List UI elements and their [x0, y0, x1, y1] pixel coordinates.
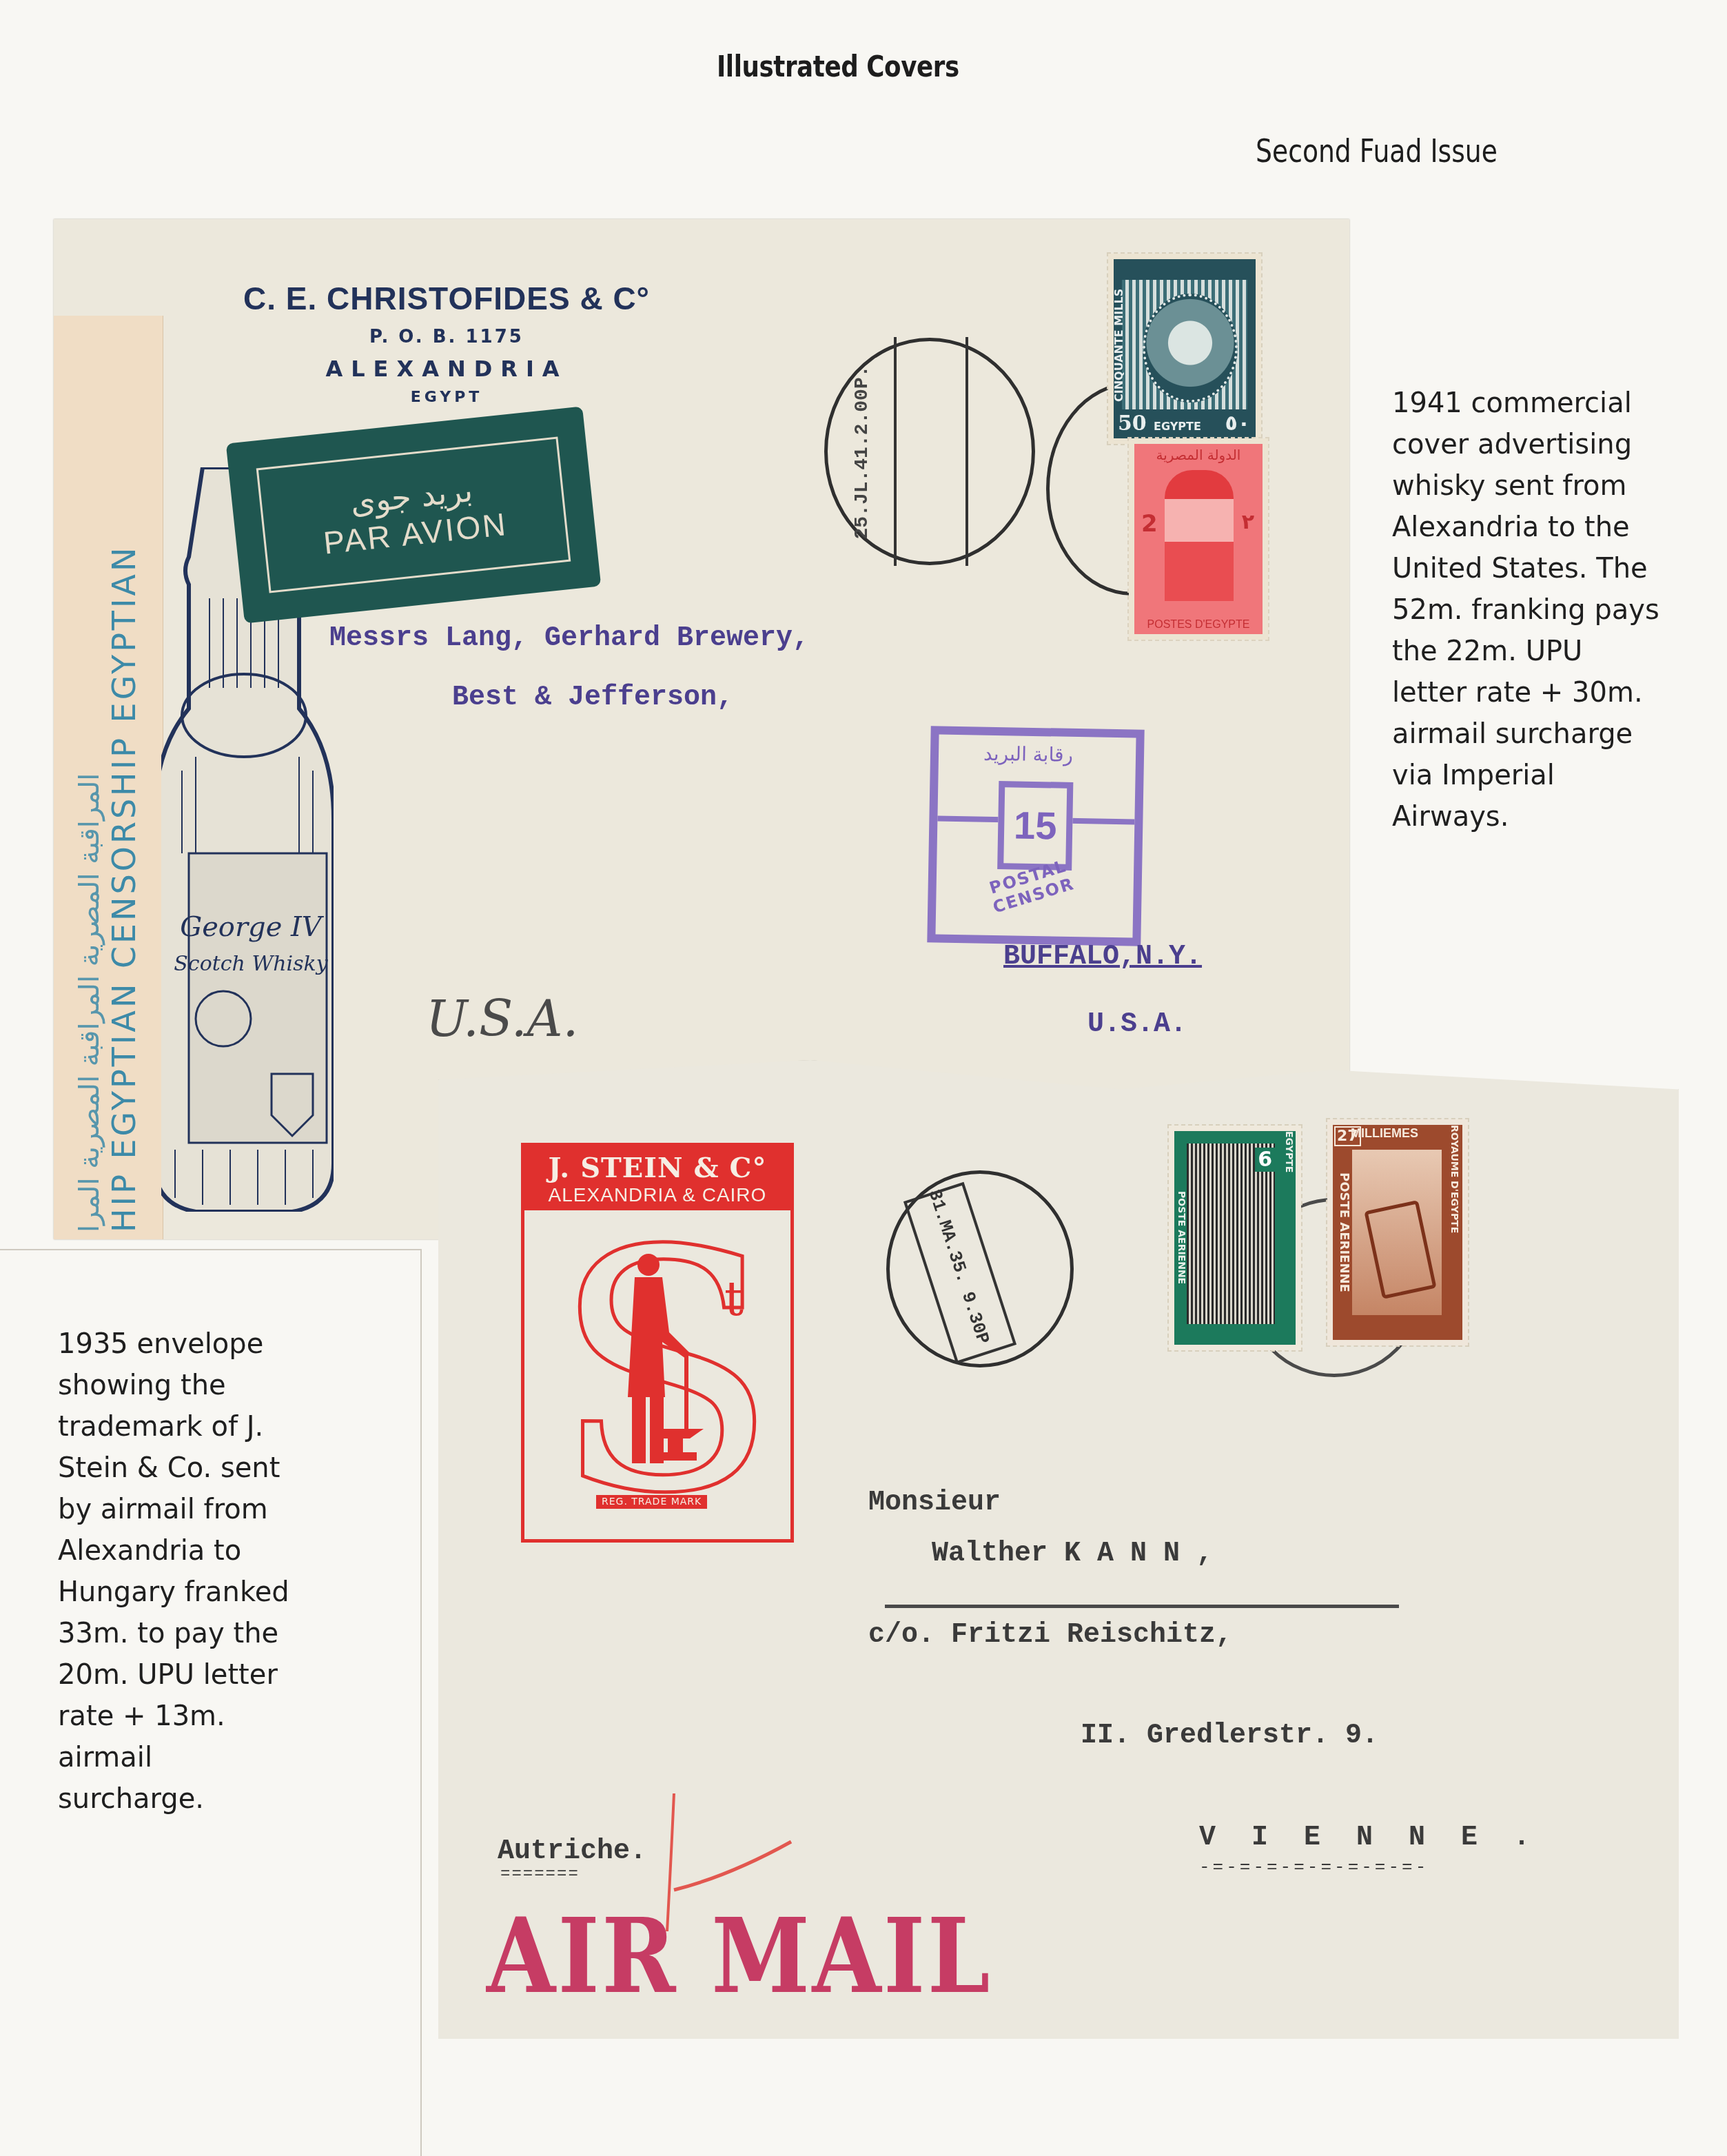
stamp-king-farouk-2m: الدولة المصرية 2 ٢ POSTES D'EGYPTE: [1129, 438, 1268, 640]
blacksmith-anvil-icon: [607, 1250, 704, 1477]
air-mail-handstamp: AIR MAIL: [487, 1895, 992, 2017]
stamp-king-fuad-50m: CINQUANTE MILLS 50 EGYPTE ٥٠: [1108, 254, 1261, 444]
alexandria-postmark-1941: 25.JL.41.2.00P.: [824, 338, 1035, 565]
postmark-date: 25.JL.41.2.00P.: [852, 343, 873, 563]
sender-pob: P. O. B. 1175: [136, 327, 757, 347]
airplane-icon: [1364, 1200, 1436, 1299]
svg-text:George IV: George IV: [180, 911, 325, 943]
sender-city: ALEXANDRIA: [136, 356, 757, 382]
par-avion-etiquette: بريد جوى PAR AVION: [226, 407, 602, 624]
recipient-city-vienne: V I E N N E .: [1199, 1822, 1540, 1853]
king-fuad-portrait: [1143, 294, 1238, 403]
cover-1941-description: 1941 commercial cover advertising whisky…: [1392, 383, 1659, 837]
stamp-airmail-27m: 27 MILLIEMES POSTE AERIENNE ROYAUME D'EG…: [1327, 1119, 1468, 1345]
recipient-country: U.S.A.: [1087, 1009, 1187, 1040]
page-title: Illustrated Covers: [717, 50, 959, 83]
handwritten-usa-note: U.S.A.: [426, 990, 578, 1048]
svg-text:Scotch Whisky: Scotch Whisky: [174, 952, 328, 976]
cover-1935-description: 1935 envelope showing the trademark of J…: [58, 1323, 289, 1820]
censorship-label-arabic: المراقبة المصرية المراقبة المصرية المرا: [74, 316, 105, 1239]
postal-censor-handstamp: رقابة البريد 15 POSTAL CENSOR: [927, 726, 1144, 946]
recipient-salutation: Monsieur: [868, 1487, 1001, 1518]
alexandria-postmark-1935: 31.MA.35. 9.30P: [886, 1170, 1074, 1367]
city-underline-marks: -=-=-=-=-=-=-=-=-: [1199, 1857, 1429, 1878]
page-subtitle: Second Fuad Issue: [1256, 132, 1498, 170]
recipient-line-1: Messrs Lang, Gerhard Brewery,: [329, 623, 809, 654]
king-farouk-portrait: [1165, 470, 1234, 601]
recipient-line-2: Best & Jefferson,: [452, 682, 733, 713]
sender-company-name: C. E. CHRISTOFIDES & C°: [136, 280, 757, 317]
destination-country-note: Autriche.: [498, 1836, 646, 1867]
recipient-street: II. Gredlerstr. 9.: [1081, 1720, 1378, 1751]
cover-1935-envelope: J. STEIN & C° ALEXANDRIA & CAIRO S t REG…: [438, 1060, 1679, 2039]
recipient-care-of: c/o. Fritzi Reischitz,: [868, 1620, 1232, 1651]
stamp-airmail-6m: POSTE AERIENNE EGYPTE 6: [1169, 1126, 1301, 1350]
stein-company-name: J. STEIN & C°: [524, 1152, 790, 1184]
destination-underline-marks: =======: [500, 1865, 580, 1884]
censorship-label-english: HIP EGYPTIAN CENSORSHIP EGYPTIAN: [105, 316, 143, 1239]
address-underline: [885, 1605, 1399, 1608]
sender-letterhead: C. E. CHRISTOFIDES & C° P. O. B. 1175 AL…: [136, 280, 757, 406]
censorship-label-strip: المراقبة المصرية المراقبة المصرية المرا …: [54, 316, 163, 1239]
recipient-name: Walther K A N N ,: [932, 1538, 1213, 1569]
stein-monogram-t: t: [724, 1270, 744, 1327]
stein-reg-trade-mark: REG. TRADE MARK: [596, 1495, 707, 1509]
stein-trademark-corner-card: J. STEIN & C° ALEXANDRIA & CAIRO S t REG…: [521, 1143, 794, 1543]
recipient-city: BUFFALO,N.Y.: [1003, 942, 1202, 973]
sender-country: EGYPT: [136, 389, 757, 406]
